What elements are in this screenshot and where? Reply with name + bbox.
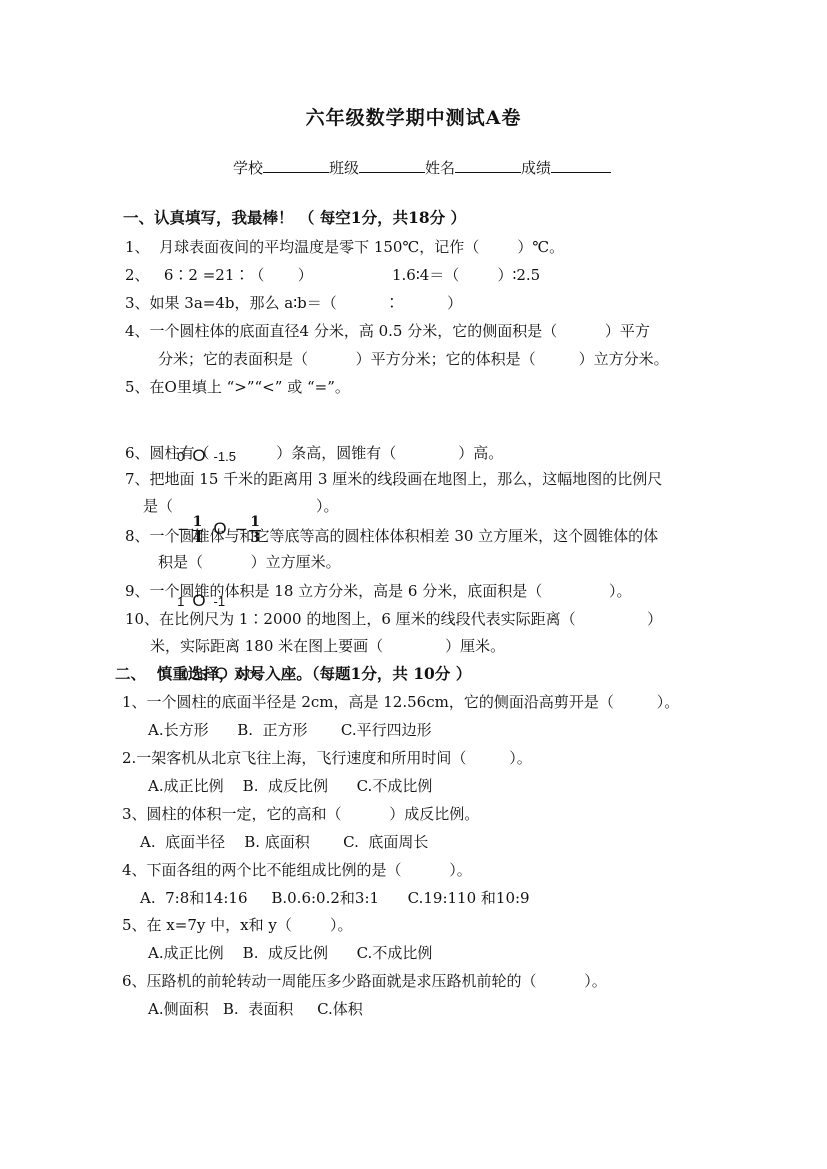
question-2-2-options: A.成正比例 B. 成反比例 C.不成比例 [148, 776, 432, 796]
question-1-8-line1: 8、一个圆锥体与和它等底等高的圆柱体体积相差 30 立方厘米，这个圆锥体的体 [125, 526, 658, 546]
exam-page: 六年级数学期中测试A卷 学校班级姓名成绩 一、认真填写，我最棒！ （ 每空1分，… [0, 0, 827, 1169]
info-label-class: 班级 [329, 159, 359, 177]
info-label-name: 姓名 [425, 159, 455, 177]
question-1-2a: 2、 6∶2 =21∶（ ） [125, 265, 313, 285]
info-label-score: 成绩 [521, 159, 551, 177]
question-2-2: 2.一架客机从北京飞往上海，飞行速度和所用时间（ ）。 [122, 748, 532, 768]
question-1-3: 3、如果 3a=4b，那么 a∶b＝（ ∶ ） [125, 293, 462, 313]
question-1-5: 5、在O里填上 “>”“<” 或 “=”。 [125, 377, 350, 397]
question-2-3: 3、圆柱的体积一定，它的高和（ ）成反比例。 [122, 804, 479, 824]
question-1-9: 9、一个圆锥的体积是 18 立方分米，高是 6 分米，底面积是（ ）。 [125, 581, 632, 601]
question-1-6: 6、圆柱有（ ）条高，圆锥有（ ）高。 [125, 443, 503, 463]
question-1-7-line1: 7、把地面 15 千米的距离用 3 厘米的线段画在地图上，那么，这幅地图的比例尺 [125, 469, 662, 489]
question-1-4-line1: 4、一个圆柱体的底面直径4 分米，高 0.5 分米，它的侧面积是（ ）平方 [125, 321, 650, 341]
class-blank[interactable] [359, 158, 425, 173]
question-1-7-line2: 是（ ）。 [143, 496, 339, 516]
question-2-4-options: A. 7:8和14:16 B.0.6:0.2和3:1 C.19:110 和10:… [140, 888, 530, 908]
question-1-10-line2: 米，实际距离 180 米在图上要画（ ）厘米。 [150, 636, 505, 656]
question-1-10-line1: 10、在比例尺为 1∶2000 的地图上，6 厘米的线段代表实际距离（ ） [125, 609, 662, 629]
name-blank[interactable] [455, 158, 521, 173]
question-2-1-options: A.长方形 B. 正方形 C.平行四边形 [148, 720, 432, 740]
student-info-row: 学校班级姓名成绩 [233, 157, 611, 178]
school-blank[interactable] [263, 158, 329, 173]
question-2-3-options: A. 底面半径 B. 底面积 C. 底面周长 [140, 832, 428, 852]
question-1-1: 1、 月球表面夜间的平均温度是零下 150℃，记作（ ）℃。 [125, 237, 564, 257]
question-2-6: 6、压路机的前轮转动一周能压多少路面就是求压路机前轮的（ ）。 [122, 971, 607, 991]
score-blank[interactable] [551, 158, 611, 173]
question-2-1: 1、一个圆柱的底面半径是 2cm，高是 12.56cm，它的侧面沿高剪开是（ ）… [122, 692, 679, 712]
section2-heading: 二、 慎重选择，对号入座。（每题1分，共 10分 ） [115, 664, 471, 684]
question-1-8-line2: 积是（ ）立方厘米。 [158, 552, 341, 572]
question-2-6-options: A.侧面积 B. 表面积 C.体积 [148, 999, 363, 1019]
question-2-5-options: A.成正比例 B. 成反比例 C.不成比例 [148, 943, 432, 963]
question-1-4-line2: 分米；它的表面积是（ ）平方分米；它的体积是（ ）立方分米。 [158, 349, 669, 369]
page-title: 六年级数学期中测试A卷 [0, 103, 827, 130]
section1-heading: 一、认真填写，我最棒！ （ 每空1分，共18分 ） [123, 208, 466, 228]
question-1-2b: 1.6∶4＝（ ）∶2.5 [392, 265, 540, 285]
info-label-school: 学校 [233, 159, 263, 177]
question-2-4: 4、下面各组的两个比不能组成比例的是（ ）。 [122, 860, 472, 880]
question-2-5: 5、在 x=7y 中，x和 y（ ）。 [122, 915, 352, 935]
